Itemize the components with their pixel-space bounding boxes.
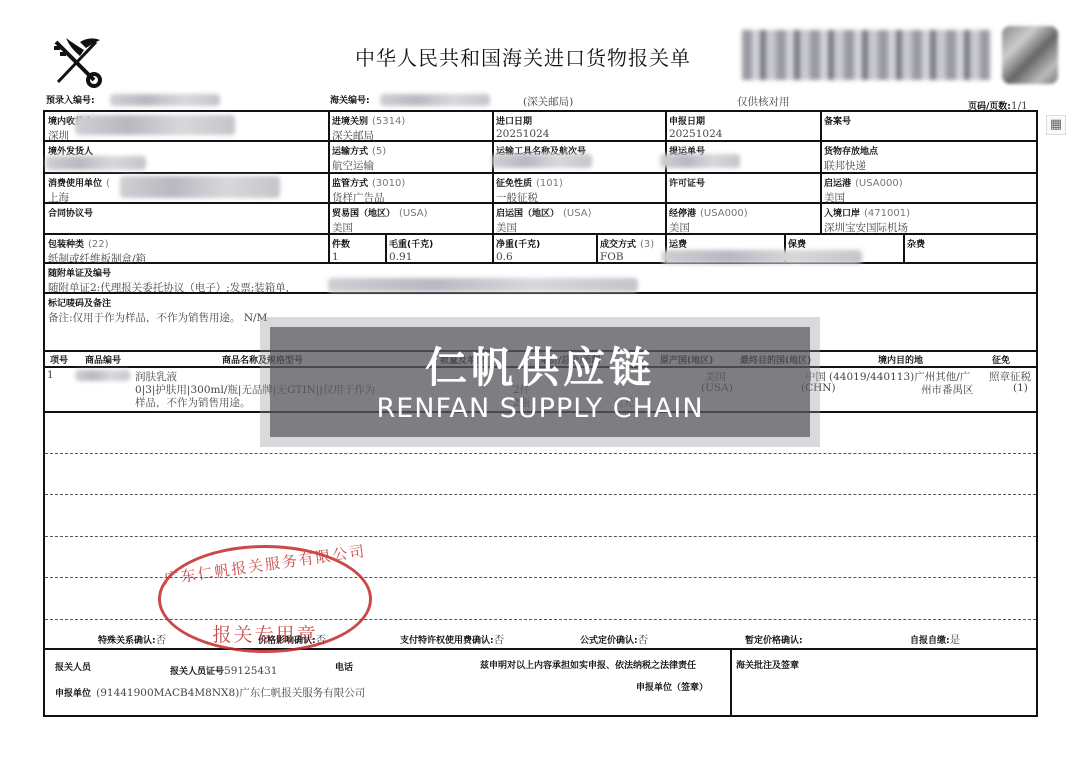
declare-date-cell: 申报日期20251024: [669, 112, 722, 140]
self-report-confirm: 自报自缴:是: [910, 628, 960, 647]
pieces-cell: 件数1: [332, 235, 350, 263]
deal-mode-cell: 成交方式(3)FOB: [600, 235, 654, 263]
company-seal: 广东仁帆报关服务有限公司 报关专用章: [158, 545, 372, 653]
storage-place-cell: 货物存放地点联邦快递: [824, 142, 878, 173]
levy-nature-cell: 征免性质(101)一般征税: [496, 174, 563, 205]
barcode: [742, 30, 990, 80]
remarks-cell: 标记唛码及备注备注:仅用于作为样品，不作为销售用途。 N/M: [48, 294, 267, 325]
consumer-cell: 消费使用单位(上海: [48, 174, 110, 205]
entry-port-cell: 入境口岸(471001)深圳宝安国际机场: [824, 204, 910, 235]
supervision-cell: 监管方式(3010)货样广告品: [332, 174, 405, 205]
expand-icon[interactable]: ▦: [1046, 115, 1066, 135]
attached-docs-cell: 随附单证及编号随附单证2:代理报关委托协议（电子）;发票;装箱单,: [48, 264, 289, 295]
declarant-cert: 报关人员证号59125431: [170, 659, 277, 678]
entry-customs-cell: 进境关别(5314)深关邮局: [332, 112, 405, 143]
watermark: 仁帆供应链 RENFAN SUPPLY CHAIN: [270, 327, 810, 437]
verify-note: 仅供核对用: [737, 94, 790, 108]
legal-statement: 兹申明对以上内容承担如实申报、依法纳税之法律责任: [480, 658, 696, 671]
declaring-unit: 申报单位 (91441900MACB4M8NX8)广东仁帆报关服务有限公司: [55, 681, 365, 700]
phone-label: 电话: [335, 660, 353, 673]
goods-header-domestic-dest: 境内目的地: [878, 353, 923, 366]
insurance-cell: 保费: [788, 235, 806, 251]
goods-header-levy: 征免: [992, 353, 1010, 366]
customs-no-label: 海关编号:: [330, 93, 370, 107]
import-date-cell: 进口日期20251024: [496, 112, 549, 140]
gross-weight-cell: 毛重(千克)0.91: [389, 235, 433, 263]
document-title: 中华人民共和国海关进口货物报关单: [355, 42, 691, 71]
net-weight-cell: 净重(千克)0.6: [496, 235, 540, 263]
misc-fee-cell: 杂费: [907, 235, 925, 251]
pre-entry-value: [110, 94, 220, 106]
contract-no-cell: 合同协议号: [48, 204, 93, 220]
royalty-confirm: 支付特许权使用费确认:否: [400, 628, 504, 647]
stop-port-cell: 经停港(USA000)美国: [669, 204, 748, 235]
package-type-cell: 包装种类(22)纸制或纤维板制盒/箱: [48, 235, 146, 266]
transport-mode-cell: 运输方式(5)航空运输: [332, 142, 386, 173]
license-no-cell: 许可证号: [669, 174, 705, 190]
customs-office: (深关邮局): [523, 94, 573, 108]
freight-cell: 运费: [669, 235, 687, 251]
page-indicator: 页码/页数:1/1: [968, 94, 1028, 108]
origin-country-cell: 启运国（地区）(USA)美国: [496, 204, 592, 235]
declaring-unit-sign: 申报单位（签章）: [636, 680, 708, 693]
special-relation-confirm: 特殊关系确认:否: [98, 628, 166, 647]
customs-approval-label: 海关批注及签章: [736, 658, 799, 671]
departure-port-cell: 启运港(USA000)美国: [824, 174, 903, 205]
trade-country-cell: 贸易国（地区）(USA)美国: [332, 204, 428, 235]
pre-entry-label: 预录入编号:: [46, 93, 95, 107]
declarant-label: 报关人员: [55, 660, 91, 673]
customs-emblem-icon: [50, 34, 106, 90]
record-no-cell: 备案号: [824, 112, 851, 128]
qr-code: [1002, 26, 1058, 84]
goods-header-item-no: 项号: [50, 353, 68, 366]
customs-no-value: [380, 94, 490, 106]
provisional-price-confirm: 暂定价格确认:: [745, 628, 803, 647]
goods-header-hs-code: 商品编号: [85, 353, 121, 366]
formula-price-confirm: 公式定价确认:否: [580, 628, 648, 647]
